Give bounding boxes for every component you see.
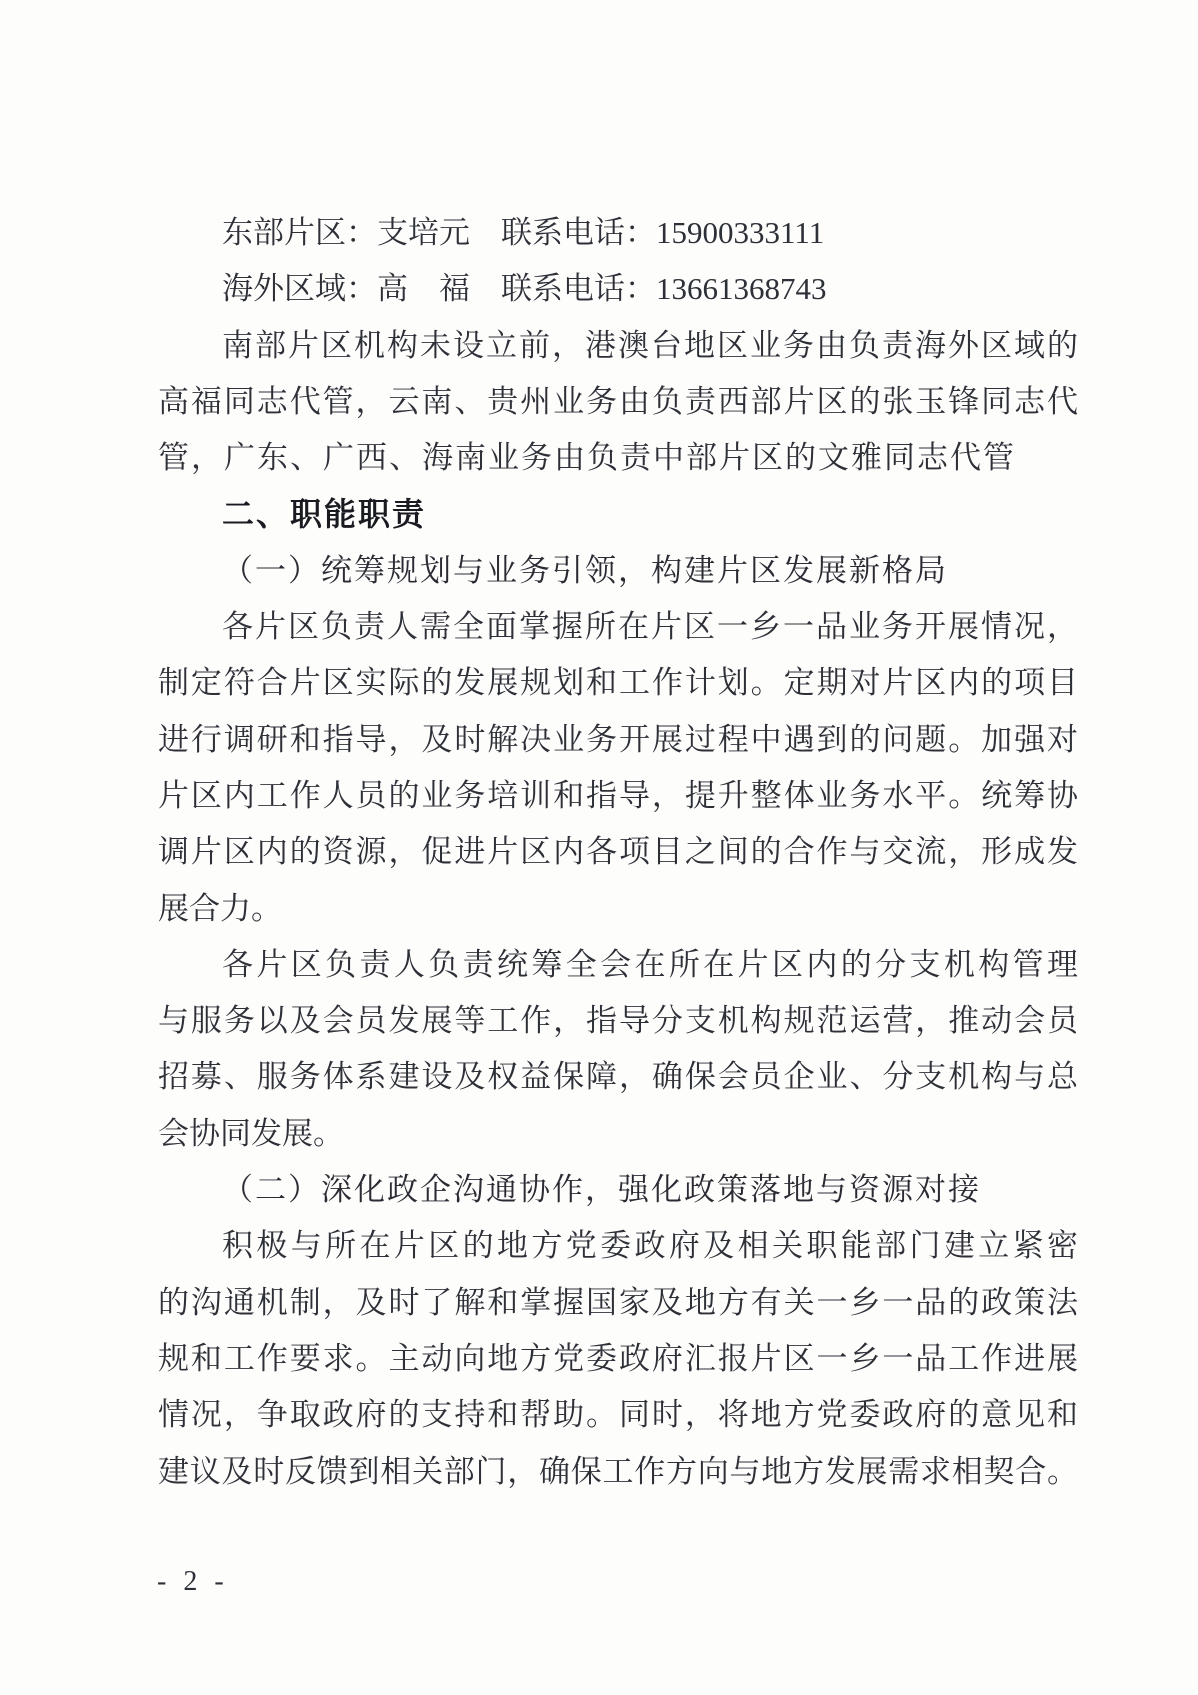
para-government-coordination-line-5: 建议及时反馈到相关部门，确保工作方向与地方发展需求相契合。 [158,1444,1078,1500]
para-acting-management-line-1: 南部片区机构未设立前，港澳台地区业务由负责海外区域的 [158,318,1078,374]
subsection-heading-government-coordination: （二）深化政企沟通协作，强化政策落地与资源对接 [158,1162,1078,1218]
para-government-coordination-line-3: 规和工作要求。主动向地方党委政府汇报片区一乡一品工作进展 [158,1331,1078,1387]
page-number: - 2 - [157,1566,229,1598]
para-government-coordination-line-1: 积极与所在片区的地方党委政府及相关职能部门建立紧密 [158,1218,1078,1274]
contact-line-overseas-region: 海外区域：高 福 联系电话：13661368743 [158,261,1078,317]
contact-line-east-district: 东部片区：支培元 联系电话：15900333111 [158,205,1078,261]
para-branch-management-line-3: 招募、服务体系建设及权益保障，确保会员企业、分支机构与总 [158,1049,1078,1105]
para-branch-management-line-1: 各片区负责人负责统筹全会在所在片区内的分支机构管理 [158,937,1078,993]
para-planning-line-6: 展合力。 [158,881,1078,937]
para-planning-line-4: 片区内工作人员的业务培训和指导，提升整体业务水平。统筹协 [158,768,1078,824]
para-planning-line-2: 制定符合片区实际的发展规划和工作计划。定期对片区内的项目 [158,655,1078,711]
document-page: 东部片区：支培元 联系电话：15900333111 海外区域：高 福 联系电话：… [0,0,1198,1695]
document-body: 东部片区：支培元 联系电话：15900333111 海外区域：高 福 联系电话：… [158,205,1078,1500]
para-branch-management-line-2: 与服务以及会员发展等工作，指导分支机构规范运营，推动会员 [158,993,1078,1049]
subsection-heading-planning: （一）统筹规划与业务引领，构建片区发展新格局 [158,543,1078,599]
para-acting-management-line-2: 高福同志代管，云南、贵州业务由负责西部片区的张玉锋同志代 [158,374,1078,430]
para-government-coordination-line-4: 情况，争取政府的支持和帮助。同时，将地方党委政府的意见和 [158,1387,1078,1443]
para-government-coordination-line-2: 的沟通机制，及时了解和掌握国家及地方有关一乡一品的政策法 [158,1275,1078,1331]
para-planning-line-5: 调片区内的资源，促进片区内各项目之间的合作与交流，形成发 [158,824,1078,880]
para-planning-line-1: 各片区负责人需全面掌握所在片区一乡一品业务开展情况， [158,599,1078,655]
para-planning-line-3: 进行调研和指导，及时解决业务开展过程中遇到的问题。加强对 [158,712,1078,768]
section-heading-responsibilities: 二、职能职责 [158,486,1078,542]
para-acting-management-line-3: 管，广东、广西、海南业务由负责中部片区的文雅同志代管 [158,430,1078,486]
para-branch-management-line-4: 会协同发展。 [158,1106,1078,1162]
